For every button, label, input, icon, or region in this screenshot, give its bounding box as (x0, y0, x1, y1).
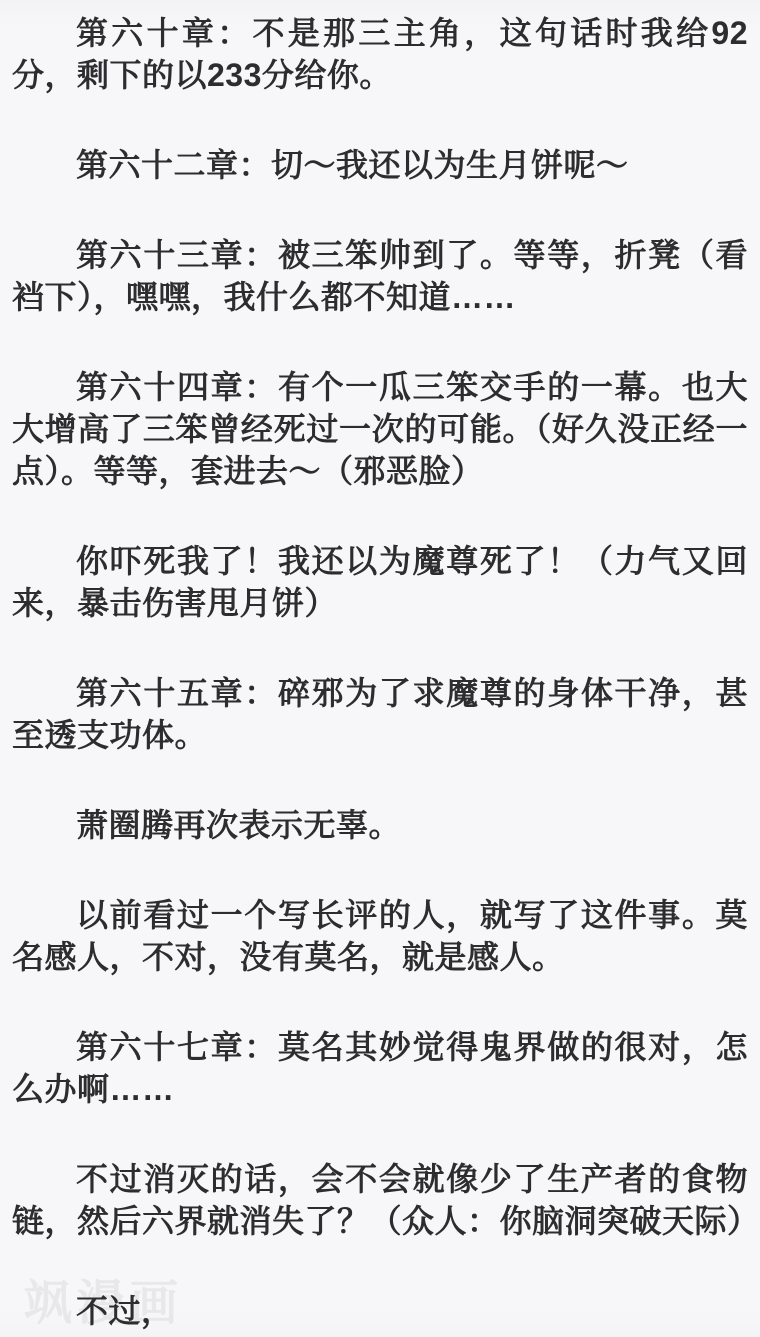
reader-page: 飒漫画 第六十章：不是那三主角，这句话时我给92分，剩下的以233分给你。 第六… (0, 0, 760, 1337)
chapter-comments-text: 第六十章：不是那三主角，这句话时我给92分，剩下的以233分给你。 第六十二章：… (0, 0, 760, 1332)
paragraph-reaction-2: 萧圈腾再次表示无辜。 (12, 804, 748, 846)
paragraph-chapter-63: 第六十三章：被三笨帅到了。等等，折凳（看裆下），嘿嘿，我什么都不知道…… (12, 234, 748, 318)
paragraph-chapter-67: 第六十七章：莫名其妙觉得鬼界做的很对，怎么办啊…… (12, 1026, 748, 1110)
paragraph-reaction-3: 以前看过一个写长评的人，就写了这件事。莫名感人，不对，没有莫名，就是感人。 (12, 894, 748, 978)
paragraph-chapter-64: 第六十四章：有个一瓜三笨交手的一幕。也大大增高了三笨曾经死过一次的可能。（好久没… (12, 366, 748, 492)
paragraph-chapter-60: 第六十章：不是那三主角，这句话时我给92分，剩下的以233分给你。 (12, 12, 748, 96)
paragraph-reaction-4: 不过消灭的话，会不会就像少了生产者的食物链，然后六界就消失了？（众人：你脑洞突破… (12, 1158, 748, 1242)
paragraph-reaction-1: 你吓死我了！我还以为魔尊死了！（力气又回来，暴击伤害甩月饼） (12, 540, 748, 624)
paragraph-truncated: 不过， (12, 1290, 748, 1332)
paragraph-chapter-62: 第六十二章：切～我还以为生月饼呢～ (12, 144, 748, 186)
paragraph-chapter-65: 第六十五章：碎邪为了求魔尊的身体干净，甚至透支功体。 (12, 672, 748, 756)
